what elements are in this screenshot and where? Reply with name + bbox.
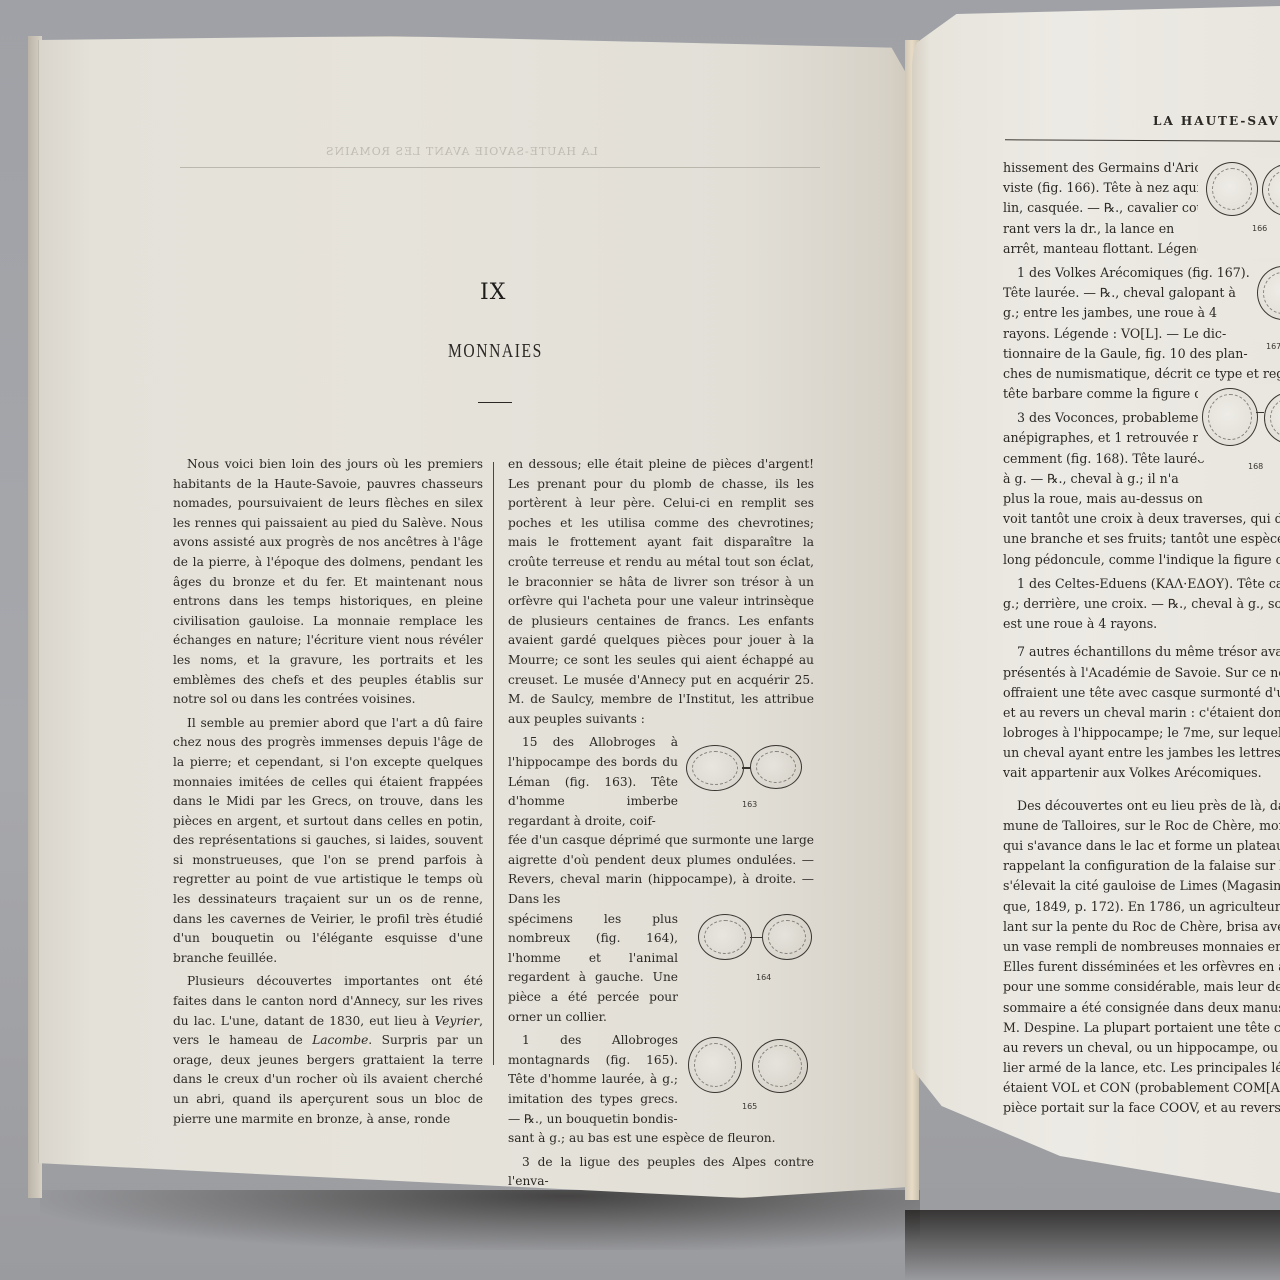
bleed-through-rule	[180, 167, 820, 168]
text-line: étaient VOL et CON (probablement COM[AN]…	[1003, 1078, 1280, 1098]
figure-connector	[1256, 412, 1264, 413]
right-page-text: hissement des Germains d'Ario- viste (fi…	[1003, 158, 1280, 1119]
text-line: vait appartenir aux Volkes Arécomiques.	[1003, 763, 1280, 783]
figure-165-block: 1 des Allobroges montagnards (fig. 165).…	[508, 1031, 814, 1129]
figure-number: 165	[742, 1097, 757, 1117]
chapter-number: IX	[480, 280, 506, 305]
text-line: M. Despine. La plupart portaient une têt…	[1003, 1018, 1280, 1038]
text-line: rayons. Légende : VO[L]. — Le dic-	[1003, 324, 1280, 344]
place-name: Veyrier	[435, 1014, 480, 1028]
text-line: un vase rempli de nombreuses monnaies en…	[1003, 937, 1280, 957]
coin-obverse-icon	[698, 914, 752, 960]
text-line: s'élevait la cité gauloise de Limes (Mag…	[1003, 876, 1280, 896]
chapter-rule	[478, 402, 512, 403]
text-line: plus la roue, mais au-dessus on	[1003, 489, 1280, 509]
coin-reverse-icon	[752, 1039, 808, 1093]
paragraph: Plusieurs découvertes importantes ont ét…	[173, 972, 483, 1129]
text-line: lier armé de la lance, etc. Les principa…	[1003, 1058, 1280, 1078]
text-line: une branche et ses fruits; tantôt une es…	[1003, 529, 1280, 549]
text-line: voit tantôt une croix à deux traverses, …	[1003, 509, 1280, 529]
figure-167	[1255, 262, 1280, 342]
figure-163: 163	[678, 733, 814, 811]
text-line: et au revers un cheval marin : c'étaient…	[1003, 703, 1280, 723]
figure-connector	[742, 767, 750, 768]
figure-166: 166	[1198, 158, 1280, 258]
text-line: Des découvertes ont eu lieu près de là, …	[1003, 796, 1280, 816]
figure-connector	[750, 937, 762, 938]
bleed-through-header: LA HAUTE-SAVOIE AVANT LES ROMAINS	[325, 145, 598, 158]
right-column: en dessous; elle était pleine de pièces …	[508, 455, 814, 1192]
running-head: LA HAUTE-SAVO	[1153, 114, 1280, 128]
coin-reverse-icon	[750, 745, 802, 789]
coin-reverse-icon	[1264, 392, 1280, 444]
place-name: Lacombe	[312, 1033, 368, 1047]
text-line: offraient une tête avec casque surmonté …	[1003, 683, 1280, 703]
figure-number: 168	[1248, 462, 1263, 471]
text-line: lobroges à l'hippocampe; le 7me, sur leq…	[1003, 723, 1280, 743]
text-line: au revers un cheval, ou un hippocampe, o…	[1003, 1038, 1280, 1058]
coin-obverse-icon	[688, 1037, 742, 1093]
figure-164: 164	[678, 910, 814, 988]
paragraph: en dessous; elle était pleine de pièces …	[508, 455, 814, 729]
figure-number: 167	[1266, 342, 1280, 351]
paragraph: 3 de la ligue des peuples des Alpes cont…	[508, 1153, 814, 1192]
text-line: est une roue à 4 rayons.	[1003, 614, 1280, 634]
text-line: que, 1849, p. 172). En 1786, un agricult…	[1003, 897, 1280, 917]
paragraph-continuation: sant à g.; au bas est une espèce de fleu…	[508, 1129, 814, 1149]
coin-obverse-icon	[1202, 388, 1258, 446]
figure-164-block: spécimens les plus nombreux (fig. 164), …	[508, 910, 814, 1028]
text-line: sommaire a été consignée dans deux manus…	[1003, 998, 1280, 1018]
paragraph: Il semble au premier abord que l'art a d…	[173, 714, 483, 969]
text-line: lant sur la pente du Roc de Chère, brisa…	[1003, 917, 1280, 937]
left-column: Nous voici bien loin des jours où les pr…	[173, 455, 483, 1129]
figure-168	[1198, 384, 1280, 460]
coin-reverse-icon	[762, 914, 812, 960]
text-line: qui s'avance dans le lac et forme un pla…	[1003, 836, 1280, 856]
text-line: long pédoncule, comme l'indique la figur…	[1003, 550, 1280, 570]
text-line: ches de numismatique, décrit ce type et …	[1003, 364, 1280, 384]
text-line: g.; entre les jambes, une roue à 4	[1003, 303, 1280, 323]
figure-caption-text: spécimens les plus nombreux (fig. 164), …	[508, 910, 678, 1028]
text-line: tionnaire de la Gaule, fig. 10 des plan-	[1003, 344, 1280, 364]
text-line: mune de Talloires, sur le Roc de Chère, …	[1003, 816, 1280, 836]
text-line: un cheval ayant entre les jambes les let…	[1003, 743, 1280, 763]
figure-number: 164	[756, 968, 771, 988]
text-line: rappelant la configuration de la falaise…	[1003, 856, 1280, 876]
coin-icon	[1257, 266, 1280, 320]
text-line: 7 autres échantillons du même trésor ava…	[1003, 642, 1280, 662]
text-line: Tête laurée. — ℞., cheval galopant à	[1003, 283, 1280, 303]
text-line: 1 des Volkes Arécomiques (fig. 167).	[1003, 263, 1280, 283]
text-line: 1 des Celtes-Eduens (ΚΑΛ·ΕΔΟΥ). Tête cas	[1003, 574, 1280, 594]
paragraph: Nous voici bien loin des jours où les pr…	[173, 455, 483, 710]
text-line: pour une somme considérable, mais leur d…	[1003, 977, 1280, 997]
text-line: Elles furent disséminées et les orfèvres…	[1003, 957, 1280, 977]
page-shadow-right	[905, 1210, 1280, 1280]
figure-caption-text: 1 des Allobroges montagnards (fig. 165).…	[508, 1031, 678, 1129]
coin-obverse-icon	[686, 745, 744, 791]
text-line: présentés à l'Académie de Savoie. Sur ce…	[1003, 663, 1280, 683]
paragraph-continuation: fée d'un casque déprimé que surmonte une…	[508, 831, 814, 909]
figure-163-block: 15 des Allobroges à l'hippocampe des bor…	[508, 733, 814, 831]
text-line: g.; derrière, une croix. — ℞., cheval à …	[1003, 594, 1280, 614]
figure-caption-text: 15 des Allobroges à l'hippocampe des bor…	[508, 733, 678, 831]
figure-165: 165	[678, 1031, 814, 1109]
text-line: à g. — ℞., cheval à g.; il n'a	[1003, 469, 1280, 489]
page-shadow-left	[40, 1190, 920, 1250]
chapter-title: MONNAIES	[448, 340, 543, 363]
coin-reverse-icon	[1262, 164, 1280, 216]
column-divider	[493, 462, 494, 1065]
text-line: pièce portait sur la face COOV, et au re…	[1003, 1098, 1280, 1118]
figure-number: 166	[1252, 224, 1267, 233]
coin-obverse-icon	[1206, 162, 1258, 216]
figure-number: 163	[742, 795, 757, 815]
